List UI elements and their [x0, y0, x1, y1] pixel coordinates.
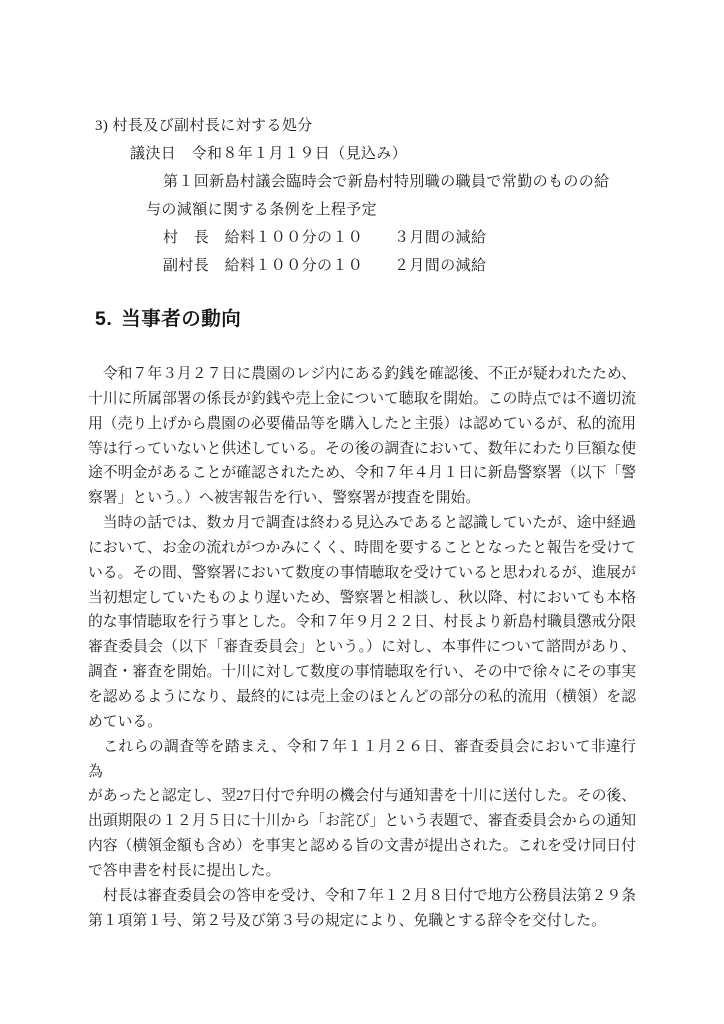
text-line: 内容（横領金額も含め）を事実と認める旨の文書が提出された。これを受け同日付: [88, 834, 636, 859]
heading-title: 当事者の動向: [121, 308, 241, 330]
paragraph: 村長は審査委員会の答申を受け、令和７年１２月８日付で地方公務員法第２９条第１項第…: [88, 884, 636, 934]
text-line: めている。: [88, 710, 636, 735]
section-heading: 5.当事者の動向: [95, 306, 241, 332]
heading-number: 5.: [95, 308, 112, 330]
text-line: において、お金の流れがつかみにくく、時間を要することとなったと報告を受けて: [88, 536, 636, 561]
text-line: 等は行っていないと供述している。その後の調査において、数年にわたり巨額な使: [88, 437, 636, 462]
text-line: 察署」という。）へ被害報告を行い、警察署が捜査を開始。: [88, 486, 636, 511]
text-line: 十川に所属部署の係長が釣銭や売上金について聴取を開始。この時点では不適切流: [88, 387, 636, 412]
text-line: 調査・審査を開始。十川に対して数度の事情聴取を行い、その中で徐々にその事実: [88, 660, 636, 685]
paragraph: 当時の話では、数カ月で調査は終わる見込みであると認識していたが、途中経過において…: [88, 511, 636, 735]
disposition-section: 3) 村長及び副村長に対する処分議決日 令和８年１月１９日（見込み）第１回新島村…: [88, 112, 648, 280]
text-line: 議決日 令和８年１月１９日（見込み）: [88, 140, 648, 168]
text-line: 当初想定していたものより遅いため、警察署と相談し、秋以降、村においても本格: [88, 586, 636, 611]
text-line: 3) 村長及び副村長に対する処分: [88, 112, 648, 140]
text-line: いる。その間、警察署において数度の事情聴取を受けていると思われるが、進展が: [88, 561, 636, 586]
text-line: 第１回新島村議会臨時会で新島村特別職の職員で常勤のものの給: [88, 168, 648, 196]
text-line: 令和７年３月２７日に農園のレジ内にある釣銭を確認後、不正が疑われたため、: [88, 362, 636, 387]
text-line: 村 長 給料１００分の１０ ３月間の減給: [88, 224, 648, 252]
document-page: 3) 村長及び副村長に対する処分議決日 令和８年１月１９日（見込み）第１回新島村…: [0, 0, 724, 1024]
text-line: 審査委員会（以下「審査委員会」という。）に対し、本事件について諮問があり、: [88, 635, 636, 660]
text-line: これらの調査等を踏まえ、令和７年１１月２６日、審査委員会において非違行為: [88, 735, 636, 785]
text-line: 出頭期限の１２月５日に十川から「お詫び」という表題で、審査委員会からの通知: [88, 809, 636, 834]
paragraph: 令和７年３月２７日に農園のレジ内にある釣銭を確認後、不正が疑われたため、十川に所…: [88, 362, 636, 511]
text-line: で答申書を村長に提出した。: [88, 859, 636, 884]
text-line: 第１項第１号、第２号及び第３号の規定により、免職とする辞令を交付した。: [88, 909, 636, 934]
text-line: 副村長 給料１００分の１０ ２月間の減給: [88, 252, 648, 280]
text-line: 与の減額に関する条例を上程予定: [88, 196, 648, 224]
text-line: 村長は審査委員会の答申を受け、令和７年１２月８日付で地方公務員法第２９条: [88, 884, 636, 909]
text-line: 途不明金があることが確認されたため、令和７年４月１日に新島警察署（以下「警: [88, 461, 636, 486]
body-section: 令和７年３月２７日に農園のレジ内にある釣銭を確認後、不正が疑われたため、十川に所…: [88, 362, 636, 933]
text-line: 用（売り上げから農園の必要備品等を購入したと主張）は認めているが、私的流用: [88, 412, 636, 437]
paragraph: これらの調査等を踏まえ、令和７年１１月２６日、審査委員会において非違行為があった…: [88, 735, 636, 884]
text-line: を認めるようになり、最終的には売上金のほとんどの部分の私的流用（横領）を認: [88, 685, 636, 710]
text-line: 的な事情聴取を行う事とした。令和７年９月２２日、村長より新島村職員懲戒分限: [88, 610, 636, 635]
text-line: があったと認定し、翌27日付で弁明の機会付与通知書を十川に送付した。その後、: [88, 784, 636, 809]
text-line: 当時の話では、数カ月で調査は終わる見込みであると認識していたが、途中経過: [88, 511, 636, 536]
